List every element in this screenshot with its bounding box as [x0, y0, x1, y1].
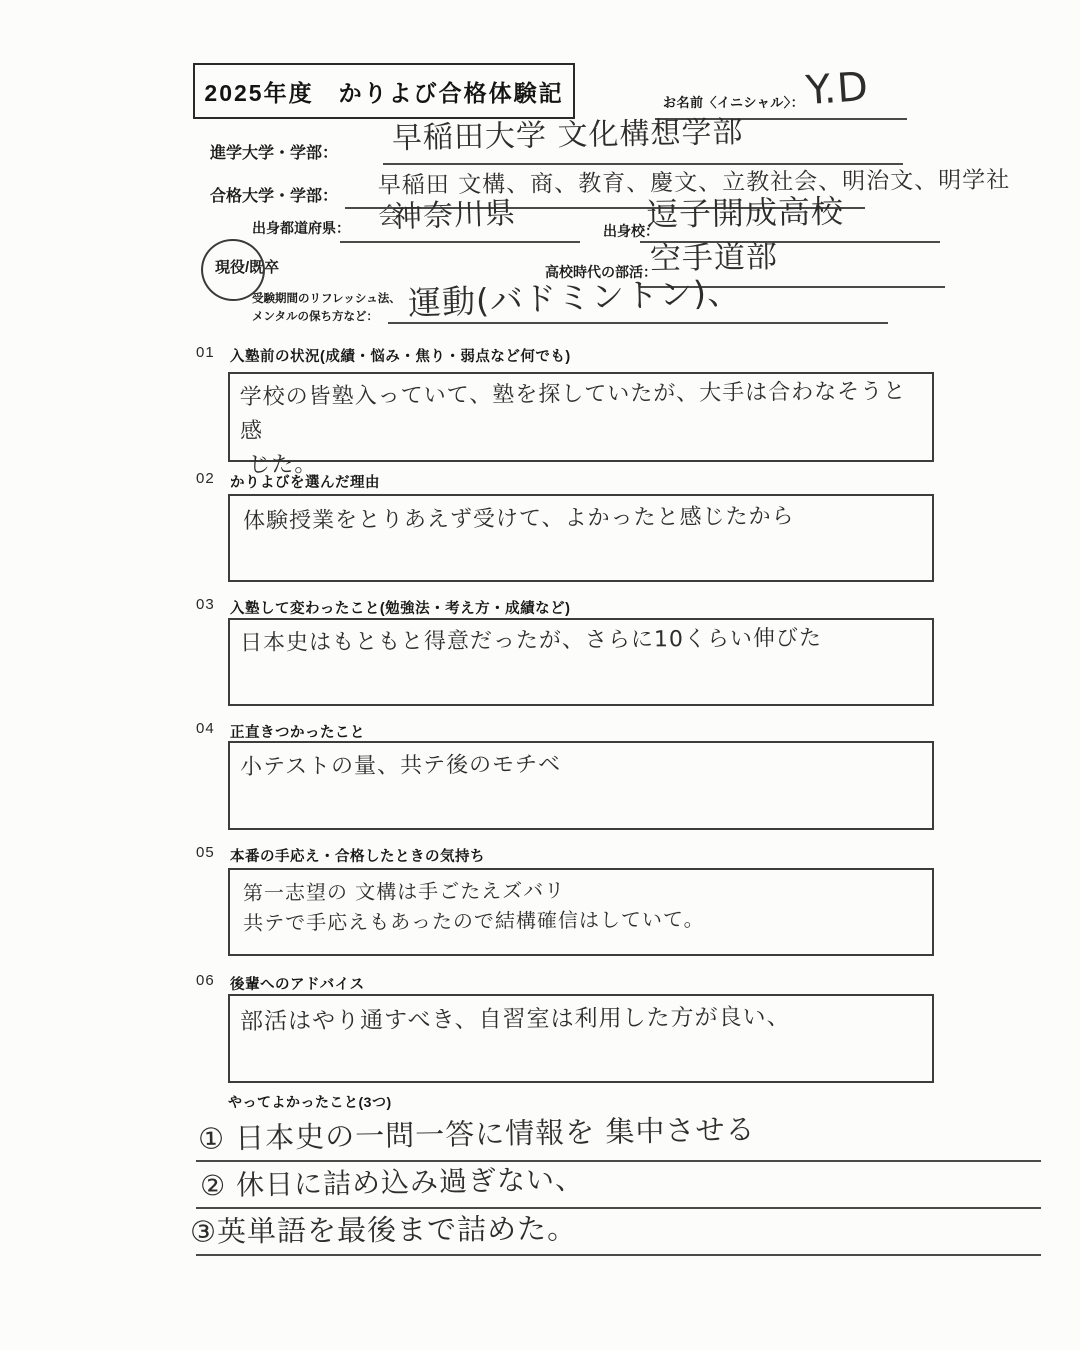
prefecture-value: 神奈川県 [391, 194, 516, 239]
good-thing-2-marker: ② [200, 1169, 227, 1202]
section-01-number: 01 [196, 344, 215, 361]
destination-univ-underline [383, 163, 903, 165]
section-05-answer: 第一志望の 文構は手ごたえズバリ 共テで手応えもあったので結構確信はしていて。 [243, 872, 923, 938]
good-thing-1-text: 日本史の一問一答に情報を 集中させる [225, 1112, 756, 1155]
section-05-number: 05 [196, 844, 215, 861]
good-things-title: やってよかったこと(3つ) [228, 1092, 392, 1112]
destination-univ-label: 進学大学・学部： [210, 140, 338, 163]
origin-school-value: 逗子開成高校 [646, 190, 845, 237]
good-thing-1: ① 日本史の一問一答に情報を 集中させる [198, 1110, 756, 1159]
section-03-answer: 日本史はもともと得意だったが、さらに10くらい伸びた [240, 623, 920, 659]
section-02-answer: 体験授業をとりあえず受けて、よかったと感じたから [243, 501, 923, 537]
prefecture-label: 出身都道府県： [252, 218, 350, 238]
section-06-answer: 部活はやり通すべき、自習室は利用した方が良い、 [240, 1001, 920, 1038]
section-06-number: 06 [196, 972, 215, 989]
destination-univ-value: 早稲田大学 文化構想学部 [392, 113, 744, 160]
section-01-answer: 学校の皆塾入っていて、塾を探していたが、大手は合わなそうと感 じた。 [240, 375, 926, 483]
section-04-answer: 小テストの量、共テ後のモチベ [240, 747, 920, 783]
section-02-number: 02 [196, 470, 215, 487]
name-value: Y.D [804, 60, 870, 118]
accepted-univ-label: 合格大学・学部： [210, 183, 338, 206]
good-thing-2-text: 休日に詰め込み過ぎない、 [226, 1163, 584, 1202]
good-thing-3-marker: ③ [190, 1214, 217, 1248]
section-03-title: 入塾して変わったこと(勉強法・考え方・成績など) [230, 597, 571, 618]
prefecture-underline [340, 241, 580, 243]
section-03-number: 03 [196, 596, 215, 613]
section-04-title: 正直きつかったこと [230, 721, 365, 742]
good-thing-3-text: 英単語を最後まで詰めた。 [217, 1211, 577, 1248]
section-05-title: 本番の手応え・合格したときの気持ち [230, 845, 485, 866]
scanned-form-page: 2025年度 かりよび合格体験記 お名前〈イニシャル〉： Y.D 進学大学・学部… [0, 0, 1080, 1350]
section-06-title: 後輩へのアドバイス [230, 973, 365, 994]
good-thing-1-underline [196, 1160, 1041, 1162]
section-04-number: 04 [196, 720, 215, 737]
good-thing-1-marker: ① [198, 1121, 226, 1155]
section-02-title: かりよびを選んだ理由 [230, 471, 380, 492]
good-thing-2: ② 休日に詰め込み過ぎない、 [200, 1161, 585, 1205]
good-thing-2-underline [196, 1207, 1041, 1209]
refresh-method-value: 運動(バドミントン)、 [407, 270, 741, 326]
name-label: お名前〈イニシャル〉： [663, 92, 804, 111]
good-thing-3-underline [196, 1254, 1041, 1256]
section-01-title: 入塾前の状況(成績・悩み・焦り・弱点など何でも) [230, 345, 571, 366]
refresh-method-label: 受験期間のリフレッシュ法、 メンタルの保ち方など： [252, 290, 401, 327]
good-thing-3: ③英単語を最後まで詰めた。 [190, 1209, 577, 1252]
refresh-method-underline [388, 322, 888, 324]
form-title: 2025年度 かりよび合格体験記 [193, 63, 575, 119]
